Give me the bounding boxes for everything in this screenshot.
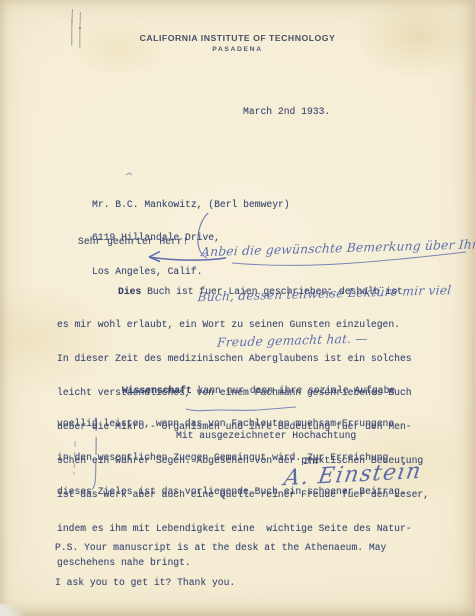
letterhead-institution: CALIFORNIA INSTITUTE OF TECHNOLOGY bbox=[0, 33, 475, 43]
annotation-line: Anbei die gewünschte Bemerkung über Ihr bbox=[200, 237, 475, 260]
letter-page: CALIFORNIA INSTITUTE OF TECHNOLOGY PASAD… bbox=[0, 0, 475, 616]
postscript-line: I ask you to get it? Thank you. bbox=[55, 577, 386, 588]
date-line: March 2nd 1933. bbox=[243, 106, 330, 117]
body-line: voellig leisten, wenn das von Fachleuten… bbox=[57, 418, 406, 429]
letterhead: CALIFORNIA INSTITUTE OF TECHNOLOGY PASAD… bbox=[0, 33, 475, 53]
salutation: Sehr geehrter Herr! bbox=[78, 236, 188, 247]
body-line-text: kann nur dann ihre soziale Aufgabe bbox=[192, 385, 395, 396]
name-correction-mark bbox=[126, 173, 132, 175]
body-line: Wissenschaft kann nur dann ihre soziale … bbox=[57, 385, 406, 396]
body-line: dieses Zieles ist das vorliegende Buch e… bbox=[57, 486, 406, 497]
body-line-text: Buch ist fuer Laien geschrieben; deshalb… bbox=[141, 286, 403, 297]
postscript: P.S. Your manuscript is at the desk at t… bbox=[55, 519, 386, 611]
body-lead-word: Wissenschaft bbox=[122, 385, 192, 396]
letterhead-city: PASADENA bbox=[0, 46, 475, 53]
body-line: Dies Buch ist fuer Laien geschrieben; de… bbox=[57, 286, 429, 297]
closing-regards: Mit ausgezeichneter Hochachtung bbox=[176, 430, 356, 441]
postscript-line: P.S. Your manuscript is at the desk at t… bbox=[55, 542, 386, 553]
body-line: es mir wohl erlaubt, ein Wort zu seinen … bbox=[57, 319, 429, 330]
body-lead-word: Dies bbox=[118, 286, 141, 297]
rust-spot bbox=[71, 20, 73, 22]
scan-edge-artifact bbox=[0, 604, 26, 616]
rust-spot bbox=[79, 27, 81, 29]
recipient-name: Mr. B.C. Mankowitz, (Berl bemweyr) bbox=[92, 199, 290, 210]
